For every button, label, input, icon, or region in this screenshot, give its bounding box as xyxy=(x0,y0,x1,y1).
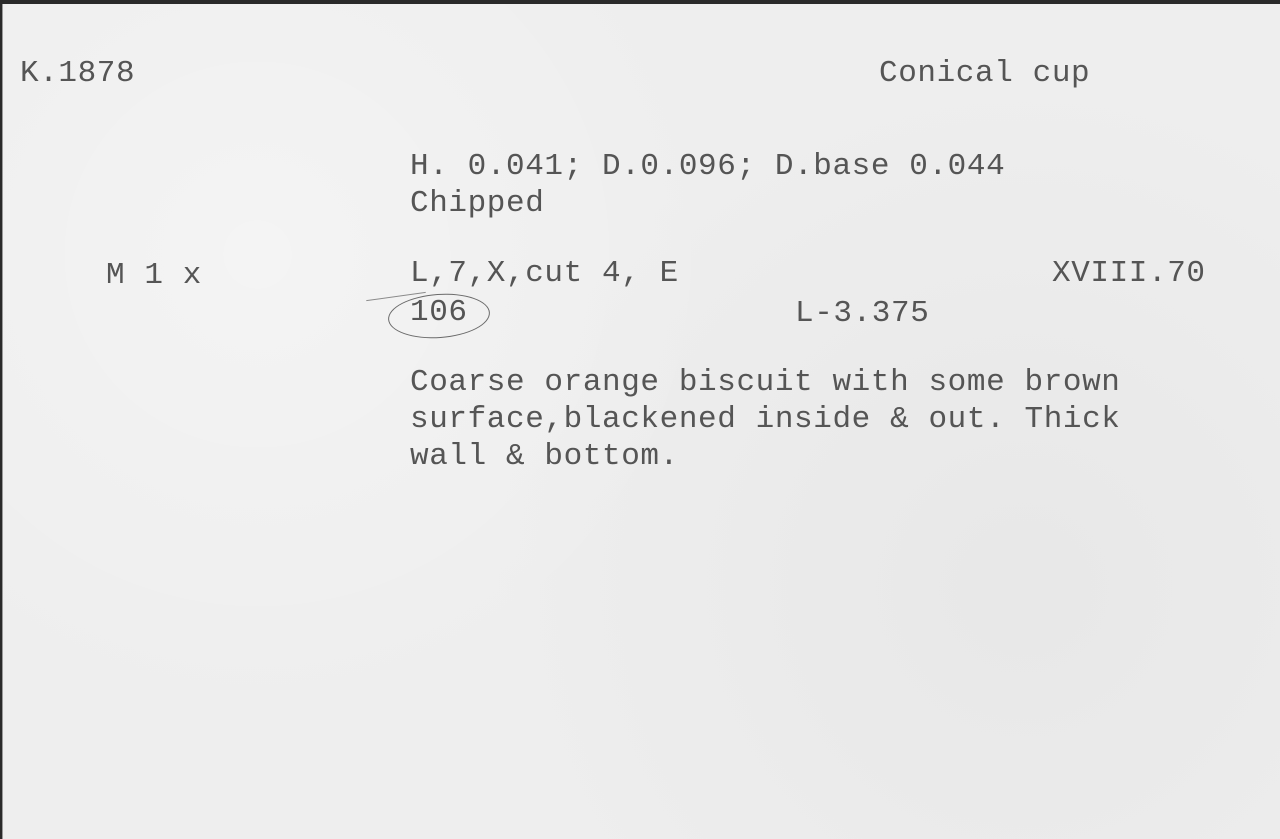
catalog-number: K.1878 xyxy=(20,54,135,94)
level: L-3.375 xyxy=(795,294,929,334)
object-name: Conical cup xyxy=(879,54,1090,94)
location-code: M 1 x xyxy=(106,256,202,296)
index-card: K.1878 Conical cup H. 0.041; D.0.096; D.… xyxy=(2,4,1280,839)
circled-number: 106 xyxy=(410,293,468,333)
condition: Chipped xyxy=(410,184,544,224)
context: L,7,X,cut 4, E xyxy=(410,254,679,294)
description: Coarse orange biscuit with some brown su… xyxy=(410,364,1121,475)
circled-number-group: 106 xyxy=(388,290,496,340)
find-reference: XVIII.70 xyxy=(1052,254,1206,294)
dimensions: H. 0.041; D.0.096; D.base 0.044 xyxy=(410,147,1005,187)
